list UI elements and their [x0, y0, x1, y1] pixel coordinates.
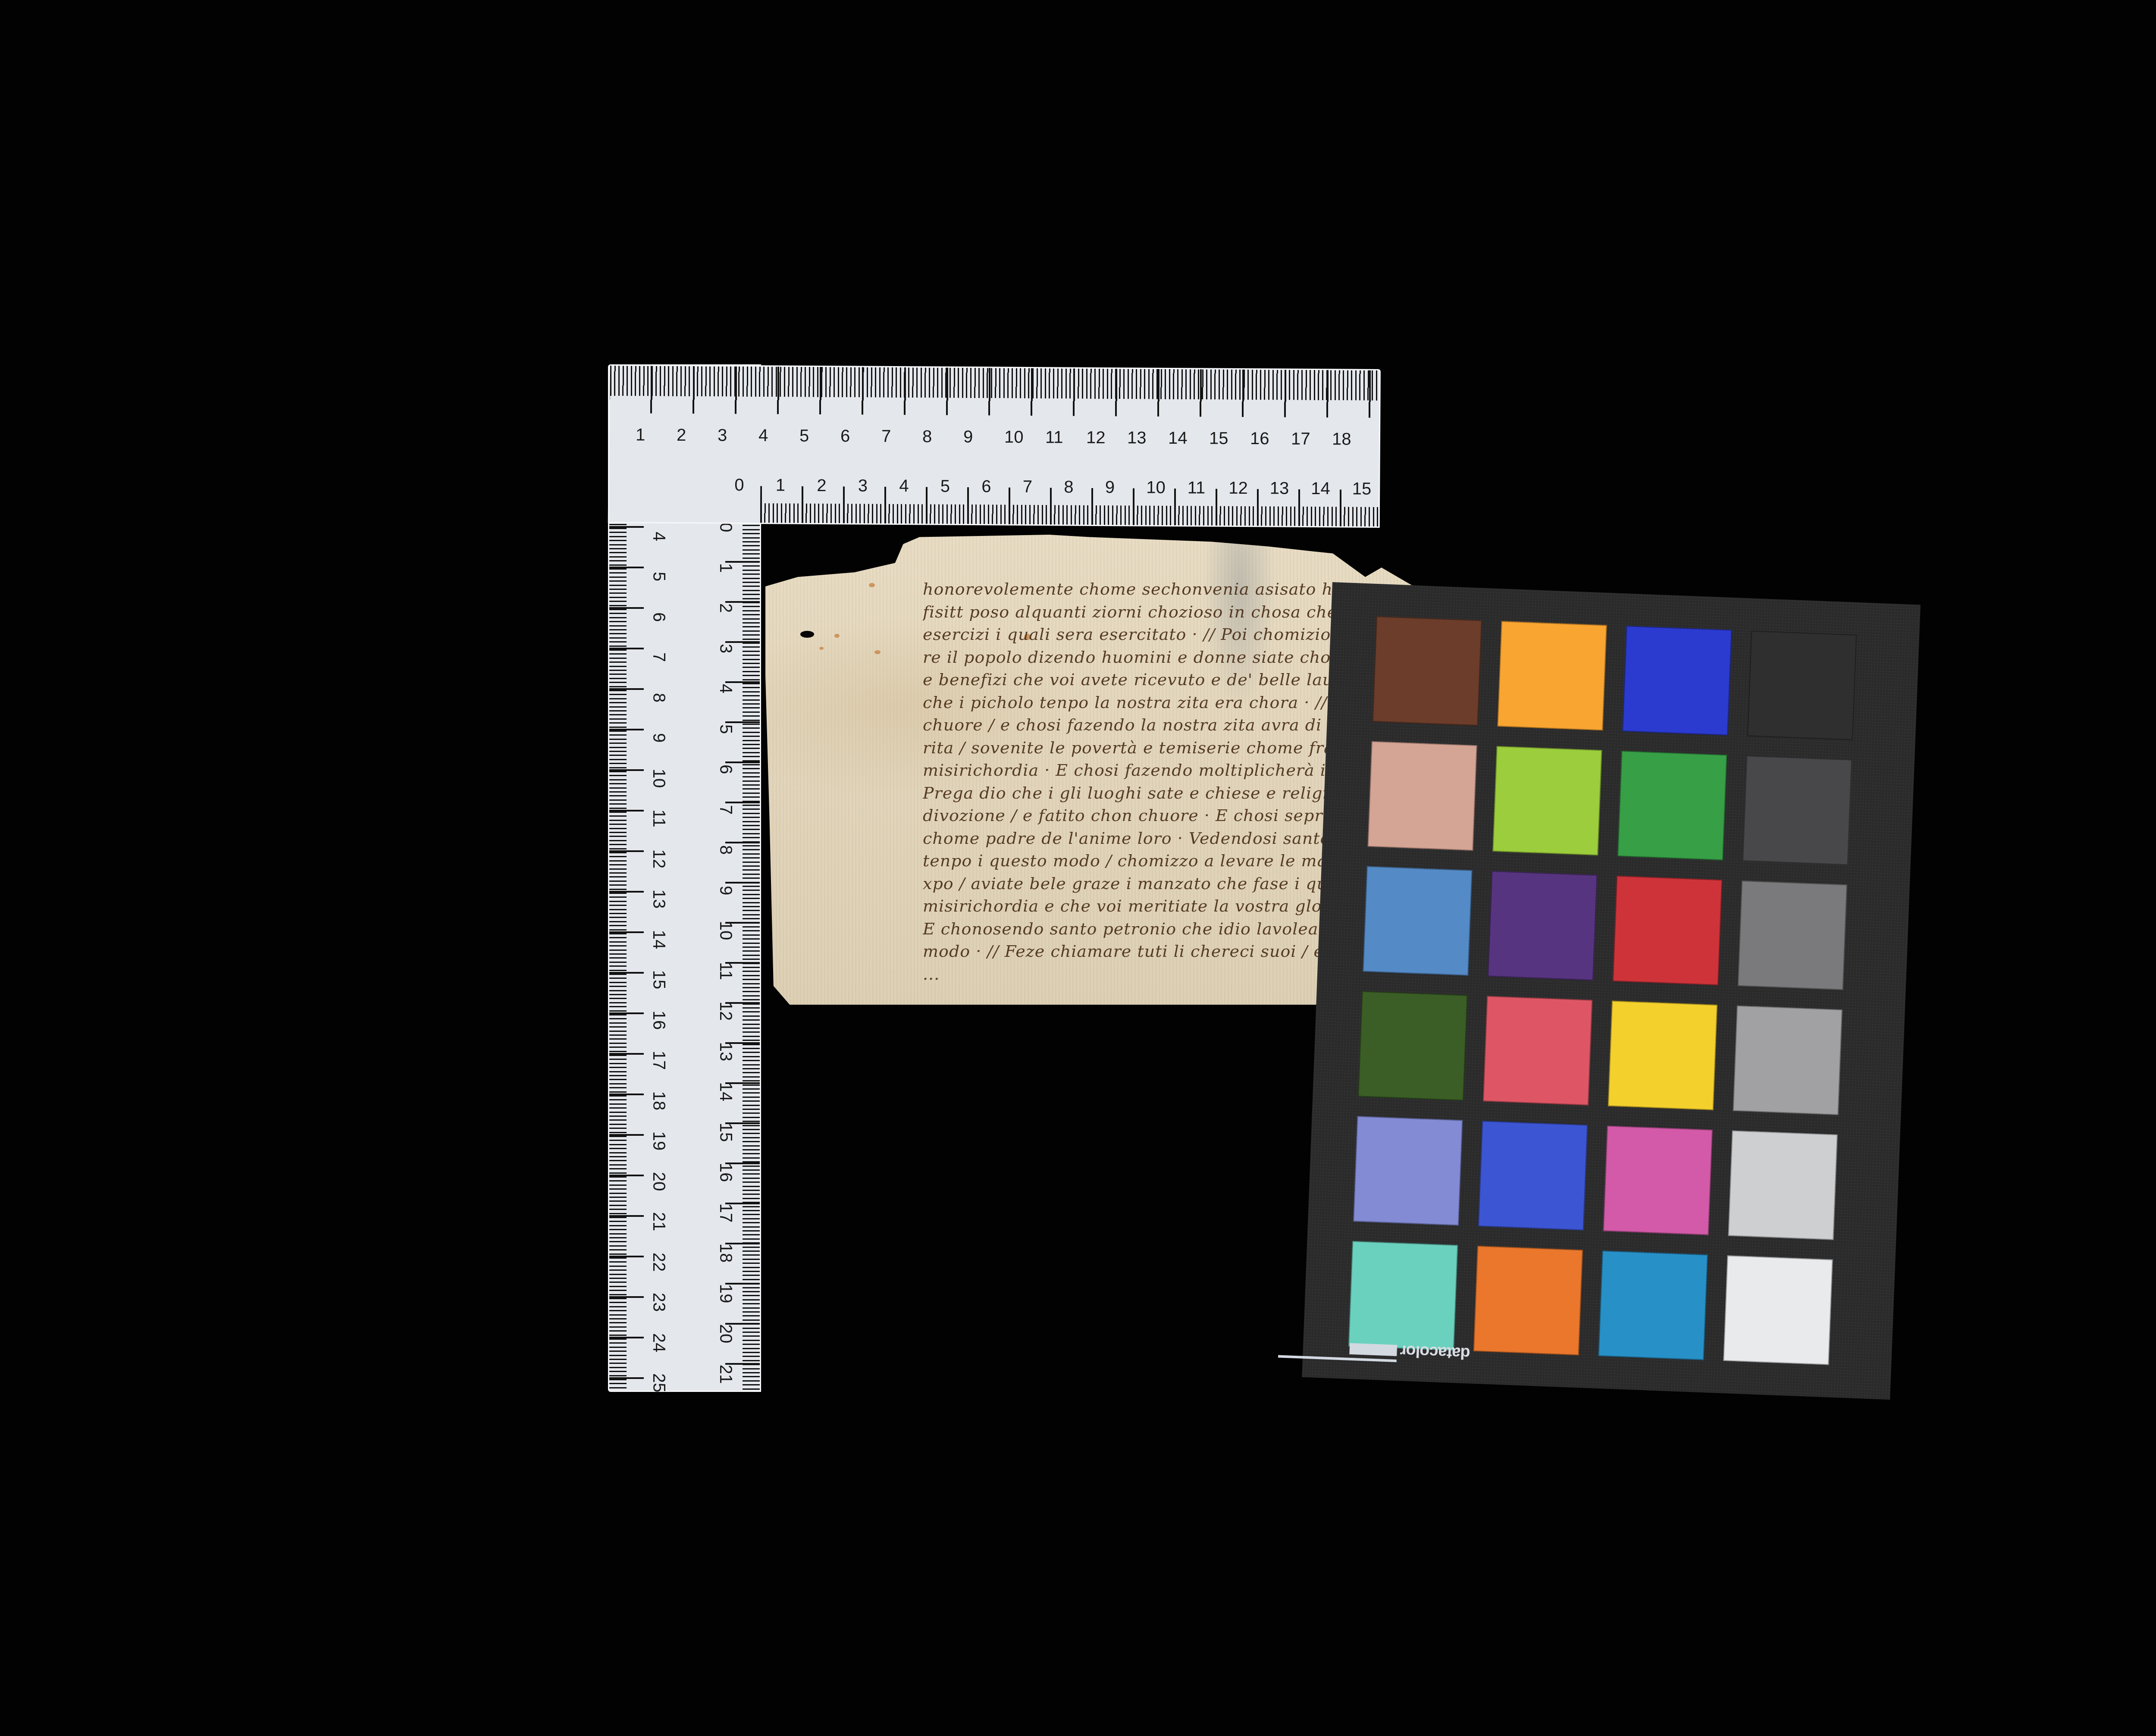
color-patch: [1497, 621, 1607, 730]
ruler-scale-number: 18: [650, 1088, 667, 1114]
ruler-scale-number: 3: [858, 477, 899, 495]
ruler-scale-number: 2: [677, 426, 718, 444]
manuscript-line: fisitt poso alquanti ziorni chozioso in …: [923, 601, 1371, 624]
color-patch: [1738, 881, 1847, 990]
ruler-scale-number: 10: [650, 765, 667, 791]
ruler-scale-number: 2: [717, 595, 734, 621]
ruler-scale-number: 13: [1270, 479, 1311, 497]
ruler-scale-number: 5: [940, 478, 982, 495]
manuscript-handwritten-text: honorevolemente chome sechonvenia asisat…: [923, 578, 1371, 985]
ruler-scale-number: 22: [650, 1249, 667, 1275]
ruler-scale-number: 24: [650, 1330, 667, 1356]
manuscript-line: honorevolemente chome sechonvenia asisat…: [923, 578, 1371, 601]
ruler-scale-number: 9: [963, 428, 1004, 446]
color-patch: [1368, 741, 1477, 851]
ruler-scale-number: 19: [650, 1128, 667, 1154]
ruler-scale-number: 16: [1250, 430, 1291, 448]
ruler-scale-number: 16: [717, 1159, 734, 1185]
color-patch: [1733, 1006, 1843, 1115]
ruler-scale-number: 11: [650, 805, 667, 831]
ruler-scale-number: 12: [717, 998, 734, 1024]
manuscript-line: e benefizi che voi avete ricevuto e de' …: [923, 668, 1371, 691]
ruler-scale-number: 8: [717, 837, 734, 863]
ruler-scale-number: 7: [1023, 478, 1064, 496]
color-patch: [1488, 871, 1597, 981]
ruler-scale-number: 4: [717, 676, 734, 702]
color-patch: [1723, 1255, 1833, 1365]
ruler-scale-number: 10: [717, 918, 734, 943]
ruler-scale-number: 14: [1168, 429, 1209, 447]
ruler-scale-number: 1: [776, 476, 817, 494]
ruler-ticks-top-cm: [610, 366, 1379, 418]
worm-hole: [800, 631, 814, 638]
ruler-scale-number: 12: [650, 846, 667, 872]
manuscript-line: chome padre de l'anime loro · Vedendosi …: [923, 827, 1371, 850]
ruler-scale-number: 14: [717, 1079, 734, 1105]
ruler-scale-number: 6: [650, 604, 667, 630]
ruler-scale-number: 23: [650, 1289, 667, 1315]
manuscript-line: chuore / e chosi fazendo la nostra zita …: [923, 714, 1371, 736]
ruler-scale-number: 15: [650, 967, 667, 993]
color-patch: [1617, 751, 1727, 860]
ruler-scale-number: 15: [1352, 480, 1394, 498]
color-patch: [1473, 1246, 1583, 1355]
color-patch: [1373, 616, 1482, 726]
color-patch: [1608, 1001, 1717, 1110]
manuscript-line: tenpo i questo modo / chomizzo a levare …: [923, 849, 1371, 872]
ruler-scale-number: 11: [1188, 479, 1229, 497]
manuscript-line: xpo / aviate bele graze i manzato che fa…: [923, 872, 1371, 895]
ruler-scale-number: 8: [1064, 478, 1105, 496]
ruler-scale-number: 6: [981, 478, 1023, 495]
color-patch: [1492, 746, 1602, 855]
manuscript-line: che i picholo tenpo la nostra zita era c…: [923, 691, 1371, 714]
horizontal-ruler-arm: 123456789101112131415161718 012345678910…: [608, 364, 1381, 528]
ruler-scale-number: 6: [840, 427, 881, 445]
ruler-scale-number: 7: [717, 797, 734, 823]
foxing-spot: [874, 650, 881, 654]
ruler-scale-number: 17: [650, 1047, 667, 1073]
ruler-scale-number: 12: [1228, 479, 1270, 497]
ruler-scale-number: 13: [1127, 429, 1168, 447]
ruler-scale-number: 21: [717, 1361, 734, 1387]
ruler-scale-number: 1: [717, 555, 734, 581]
ruler-scale-number: 13: [650, 886, 667, 912]
ruler-scale-number: 19: [717, 1281, 734, 1307]
ruler-scale-number: 4: [758, 427, 799, 445]
ruler-scale-number: 15: [1209, 430, 1250, 448]
ruler-scale-number: 18: [717, 1240, 734, 1266]
horizontal-top-scale: 123456789101112131415161718: [636, 426, 1373, 448]
manuscript-line: misirichordia e che voi meritiate la vos…: [923, 895, 1371, 918]
manuscript-line: divozione / e fatito chon chuore · E cho…: [923, 804, 1371, 827]
manuscript-line: ...: [923, 963, 1371, 986]
photo-background: 1234567891011121314151617181920212223242…: [0, 0, 2156, 1736]
ruler-scale-number: 18: [1332, 430, 1373, 448]
ruler-scale-number: 2: [817, 477, 858, 495]
ruler-scale-number: 14: [650, 927, 667, 953]
ruler-scale-number: 9: [650, 725, 667, 751]
ruler-scale-number: 11: [1045, 429, 1086, 446]
ruler-scale-number: 4: [899, 477, 940, 495]
manuscript-line: E chonosendo santo petronio che idio lav…: [923, 918, 1371, 940]
color-patch: [1358, 991, 1467, 1100]
ruler-scale-number: 0: [734, 476, 776, 494]
color-patch: [1747, 630, 1857, 740]
manuscript-line: re il popolo dizendo huomini e donne sia…: [923, 646, 1371, 669]
ruler-scale-number: 17: [1291, 430, 1332, 448]
manuscript-line: misirichordia · E chosi fazendo moltipli…: [923, 759, 1371, 782]
ruler-scale-number: 3: [717, 636, 734, 661]
ruler-scale-number: 7: [650, 644, 667, 670]
ruler-scale-number: 9: [1105, 479, 1147, 496]
ruler-scale-number: 16: [650, 1007, 667, 1033]
ruler-scale-number: 4: [650, 523, 667, 549]
ruler-scale-number: 20: [650, 1169, 667, 1194]
foxing-spot: [834, 634, 840, 638]
foxing-spot: [819, 647, 824, 650]
manuscript-line: Prega dio che i gli luoghi sate e chiese…: [923, 782, 1371, 805]
color-patch: [1613, 876, 1722, 985]
ruler-scale-number: 11: [717, 958, 734, 984]
color-patch: [1622, 626, 1732, 735]
ruler-scale-number: 10: [1146, 479, 1188, 497]
color-patch: [1348, 1241, 1458, 1351]
ruler-scale-number: 8: [650, 685, 667, 711]
ruler-scale-number: 10: [1004, 429, 1045, 446]
manuscript-line: esercizi i quali sera esercitato · // Po…: [923, 623, 1371, 646]
brand-label: datacolor: [1400, 1341, 1471, 1363]
ruler-scale-number: 12: [1086, 429, 1127, 447]
color-patch: [1598, 1250, 1708, 1360]
ruler-scale-number: 8: [922, 428, 963, 445]
ruler-scale-number: 6: [717, 756, 734, 782]
color-patch: [1483, 996, 1592, 1105]
color-checker-card: datacolor: [1302, 582, 1921, 1400]
ruler-scale-number: 13: [717, 1039, 734, 1065]
manuscript-line: modo · // Feze chiamare tuti li chereci …: [923, 940, 1371, 963]
logo-bar-icon: [1349, 1343, 1397, 1356]
color-patch-grid: [1348, 616, 1857, 1365]
ruler-scale-number: 9: [717, 877, 734, 903]
color-patch: [1363, 866, 1472, 976]
ruler-scale-number: 5: [799, 427, 840, 445]
datacolor-logo: datacolor: [1341, 1338, 1471, 1364]
ruler-scale-number: 20: [717, 1321, 734, 1347]
ruler-scale-number: 7: [881, 428, 922, 445]
ruler-scale-number: 5: [650, 564, 667, 589]
ruler-scale-number: 21: [650, 1209, 667, 1235]
color-patch: [1478, 1121, 1588, 1230]
color-patch: [1603, 1125, 1713, 1235]
manuscript-line: rita / sovenite le povertà e temiserie c…: [923, 736, 1371, 759]
color-patch: [1742, 755, 1852, 865]
foxing-spot: [869, 583, 875, 587]
ruler-scale-number: 5: [717, 716, 734, 742]
ruler-scale-number: 1: [636, 426, 677, 444]
ruler-scale-number: 25: [650, 1370, 667, 1396]
ruler-scale-number: 17: [717, 1200, 734, 1226]
color-patch: [1728, 1131, 1837, 1240]
ruler-scale-number: 3: [718, 427, 758, 445]
color-patch: [1353, 1116, 1463, 1225]
ruler-scale-number: 15: [717, 1119, 734, 1145]
ruler-scale-number: 14: [1311, 480, 1352, 498]
